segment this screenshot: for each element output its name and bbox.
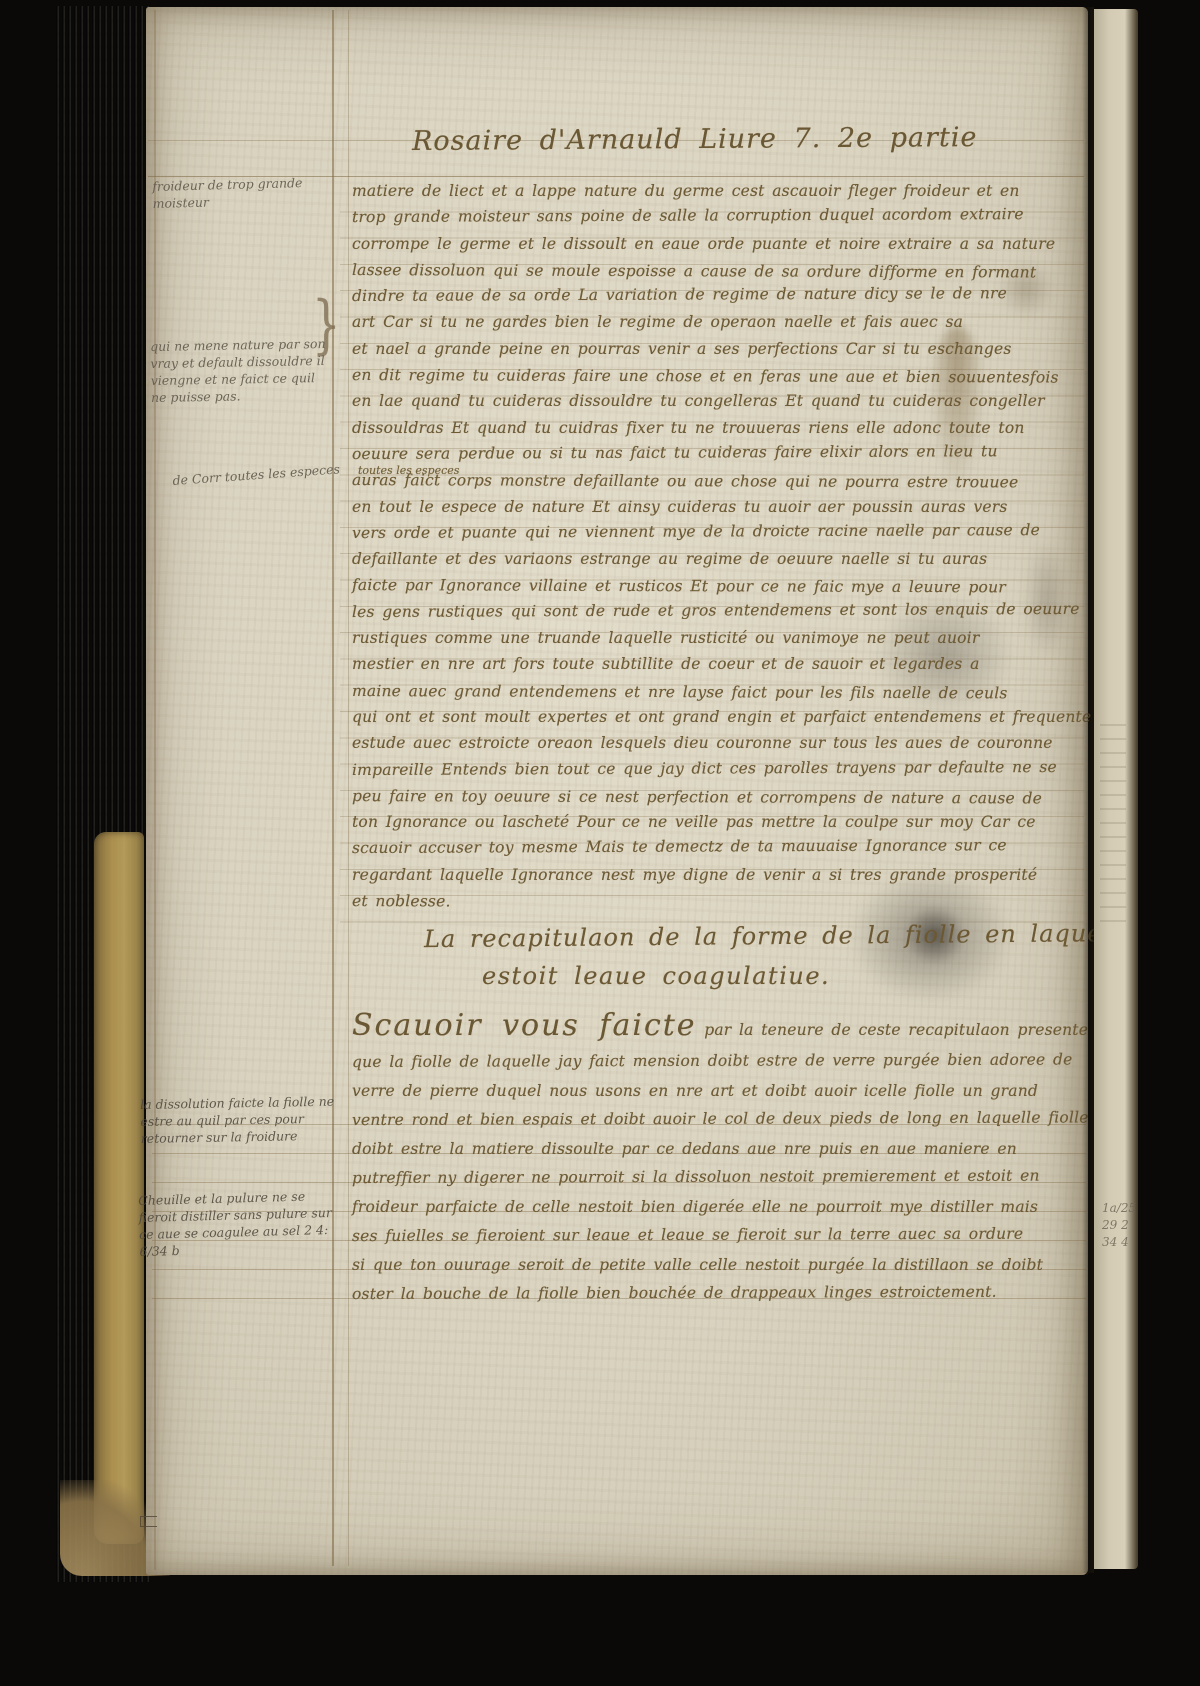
text-line: en dit regime tu cuideras faire une chos… bbox=[352, 362, 1080, 391]
text-line: que la fiolle de laquelle jay faict mens… bbox=[352, 1045, 1086, 1077]
section-heading-line2: estoit leaue coagulatiue. bbox=[482, 962, 830, 990]
paragraph-2-lines: que la fiolle de laquelle jay faict mens… bbox=[352, 1048, 1086, 1309]
text-line: doibt estre la matiere dissoulte par ce … bbox=[352, 1135, 1086, 1164]
text-line: rustiques comme une truande laquelle rus… bbox=[352, 625, 1080, 651]
main-text-block: matiere de liect et a lappe nature du ge… bbox=[352, 178, 1080, 914]
text-line: trop grande moisteur sans poine de salle… bbox=[352, 201, 1080, 230]
text-line: art Car si tu ne gardes bien le regime d… bbox=[352, 309, 1080, 335]
margin-rule-outer bbox=[332, 10, 334, 1566]
vellum-edge-strip bbox=[94, 832, 144, 1544]
text-line: en tout le espece de nature Et ainsy cui… bbox=[352, 494, 1080, 520]
text-line: et nael a grande peine en pourras venir … bbox=[352, 336, 1080, 362]
text-line: estude auec estroicte oreaon lesquels di… bbox=[352, 730, 1080, 756]
text-line: peu faire en toy oeuure si ce nest perfe… bbox=[352, 783, 1080, 812]
text-line: auras faict corps monstre defaillante ou… bbox=[352, 467, 1080, 496]
page-gutter-shadow bbox=[1082, 7, 1094, 1573]
text-line: ses fuielles se fieroient sur leaue et l… bbox=[352, 1219, 1086, 1251]
pen-trial-mark bbox=[140, 1516, 157, 1527]
margin-note: la dissolution faicte la fiolle ne estre… bbox=[140, 1093, 339, 1147]
numeral-line: 29 2 bbox=[1102, 1217, 1136, 1234]
margin-note: froideur de trop grande moisteur bbox=[152, 173, 335, 212]
paragraph-2: Scauoir vous faicte par la teneure de ce… bbox=[352, 1004, 1086, 1309]
paragraph-2-first-line: Scauoir vous faicte par la teneure de ce… bbox=[352, 1004, 1086, 1048]
paragraph-2-line1-rest: par la teneure de ceste recapitulaon pre… bbox=[704, 1021, 1088, 1039]
interlinear-note: toutes les especes bbox=[358, 464, 459, 477]
text-line: maine auec grand entendemens et nre lays… bbox=[352, 678, 1080, 707]
text-line: verre de pierre duquel nous usons en nre… bbox=[352, 1077, 1086, 1106]
text-line: et noblesse. bbox=[352, 888, 1080, 917]
text-line: qui ont et sont moult expertes et ont gr… bbox=[352, 704, 1080, 730]
bleedthrough-marks bbox=[1100, 724, 1126, 934]
paragraph-opening: Scauoir vous faicte bbox=[352, 1008, 697, 1043]
text-line: froideur parfaicte de celle nestoit bien… bbox=[352, 1193, 1086, 1222]
text-line: ventre rond et bien espais et doibt auoi… bbox=[352, 1103, 1086, 1135]
numeral-line: 1a/25 bbox=[1102, 1200, 1136, 1217]
text-line: putreffier ny digerer ne pourroit si la … bbox=[352, 1161, 1086, 1193]
text-line: dissouldras Et quand tu cuidras fixer tu… bbox=[352, 415, 1080, 441]
text-line: regardant laquelle Ignorance nest mye di… bbox=[352, 862, 1080, 888]
left-frame-rule bbox=[154, 10, 156, 1570]
text-line: vers orde et puante qui ne viennent mye … bbox=[352, 517, 1080, 546]
text-line: scauoir accuser toy mesme Mais te demect… bbox=[352, 832, 1080, 861]
margin-note: qui ne mene nature par son vray et defau… bbox=[150, 335, 327, 406]
next-page-numerals: 1a/2529 234 4 bbox=[1102, 1200, 1136, 1251]
text-line: oeuure sera perdue ou si tu nas faict tu… bbox=[352, 438, 1080, 467]
numeral-line: 34 4 bbox=[1102, 1234, 1136, 1251]
text-line: mestier en nre art fors toute subtillite… bbox=[352, 651, 1080, 677]
text-line: corrompe le germe et le dissoult en eaue… bbox=[352, 231, 1080, 257]
text-line: les gens rustiques qui sont de rude et g… bbox=[352, 596, 1080, 625]
text-line: defaillante et des variaons estrange au … bbox=[352, 546, 1080, 572]
text-line: impareille Entends bien tout ce que jay … bbox=[352, 753, 1080, 782]
text-line: dindre ta eaue de sa orde La variation d… bbox=[352, 280, 1080, 309]
text-line: en lae quand tu cuideras dissouldre tu c… bbox=[352, 388, 1080, 414]
margin-note: Cheuille et la pulure ne se fieroit dist… bbox=[138, 1187, 338, 1260]
page-title: Rosaire d'Arnauld Liure 7. 2e partie bbox=[412, 122, 978, 157]
text-line: oster la bouche de la fiolle bien bouché… bbox=[352, 1277, 1086, 1309]
text-line: si que ton ouurage seroit de petite vall… bbox=[352, 1251, 1086, 1280]
manuscript-photo: Rosaire d'Arnauld Liure 7. 2e partie mat… bbox=[0, 0, 1200, 1686]
